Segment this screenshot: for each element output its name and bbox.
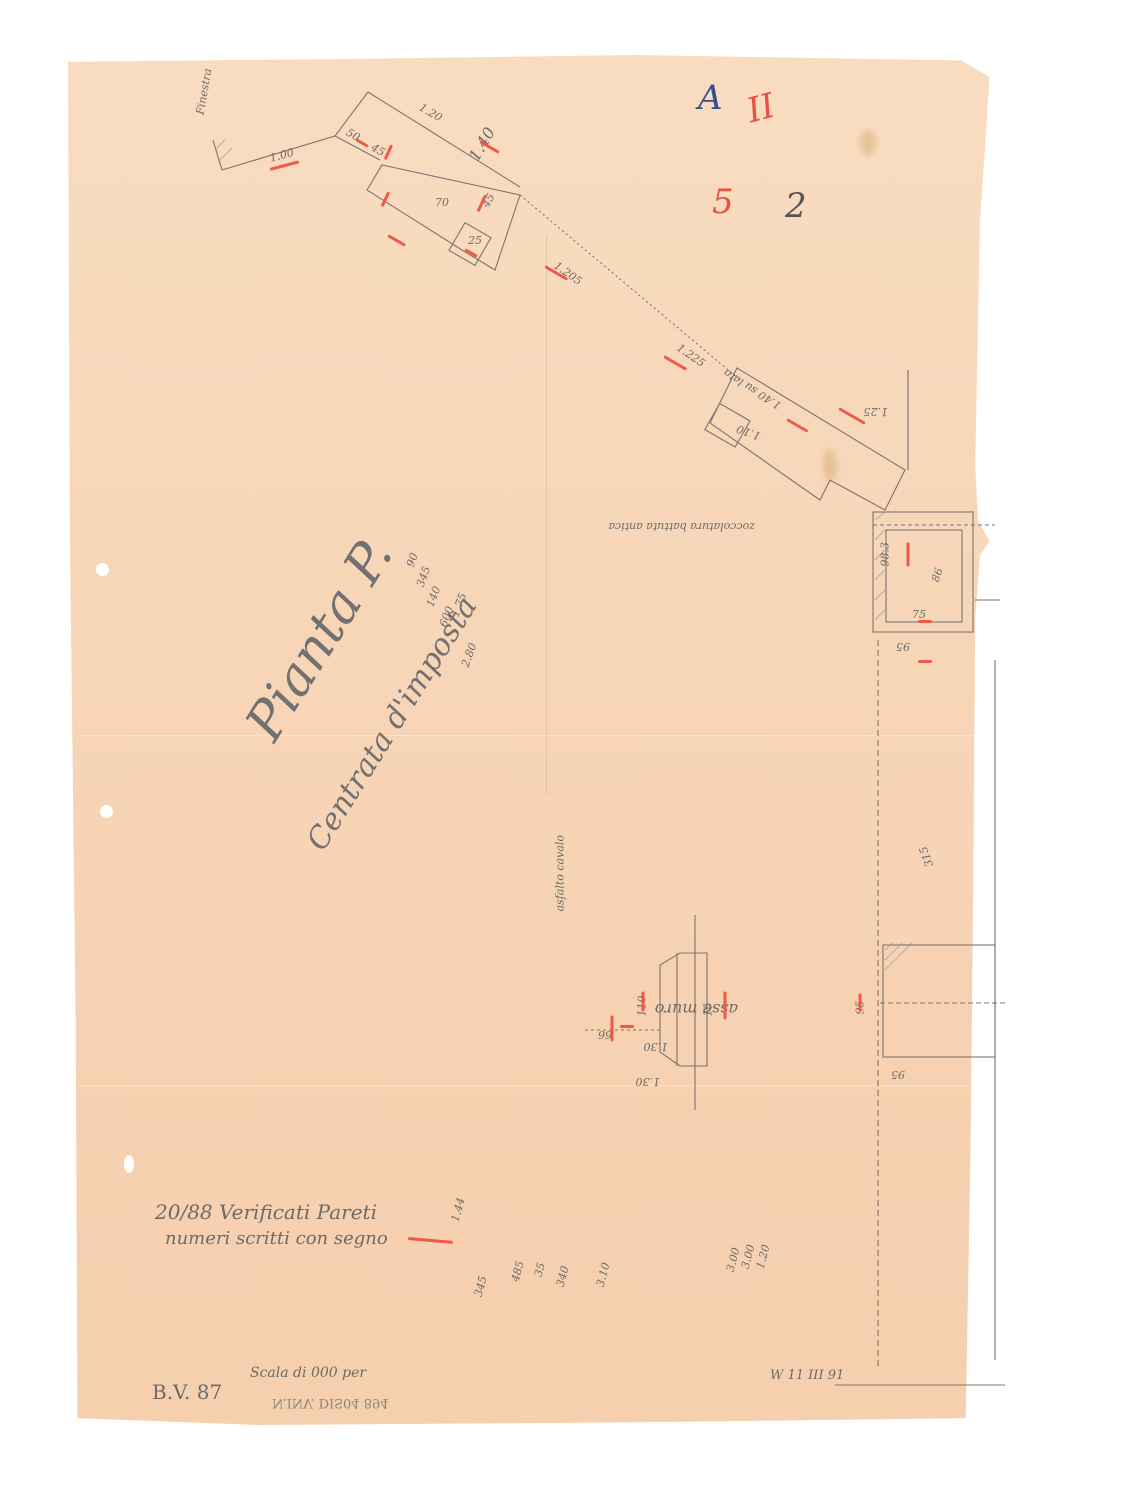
room-label: 95 — [896, 640, 910, 653]
note-line-2: numeri scritti con segno — [165, 1228, 388, 1249]
red-tick — [620, 1025, 634, 1028]
sketch-label: 25 — [468, 234, 482, 247]
red-tick — [642, 992, 645, 1012]
side-label: asfalto cavalo — [554, 835, 567, 912]
punch-hole — [124, 1155, 134, 1173]
corner-number-red: 5 — [712, 182, 734, 222]
fold-line — [78, 735, 998, 736]
corner-letter: A — [698, 78, 723, 118]
note-line-1: 20/88 Verificati Pareti — [155, 1200, 377, 1224]
sketch-label: 1.30 — [644, 1040, 669, 1053]
red-tick — [918, 660, 932, 663]
punch-hole — [96, 563, 109, 576]
scale-note: Scala di 000 per — [250, 1365, 366, 1381]
fold-line — [546, 235, 547, 795]
stain — [823, 450, 837, 480]
red-tick — [859, 994, 862, 1012]
fold-line — [78, 1085, 998, 1086]
sketch-label: 1.30 — [636, 1075, 661, 1088]
sketch-note: zoccolatura battuta antica — [608, 520, 755, 533]
inventory-stamp: N.INV. DIS04 894 — [272, 1395, 389, 1410]
sketch-label: 70 — [435, 196, 449, 209]
date-note: W 11 III 91 — [770, 1368, 844, 1383]
red-tick — [724, 992, 727, 1020]
corner-number-pencil: 2 — [785, 186, 807, 226]
red-tick — [907, 543, 910, 567]
stain — [860, 130, 876, 156]
red-tick — [611, 1016, 614, 1042]
sketch-label: 95 — [891, 1068, 905, 1081]
sketch-label: 1.25 — [864, 405, 889, 418]
room-label: 98.3 — [879, 542, 892, 567]
punch-hole — [100, 805, 113, 818]
red-tick — [918, 620, 932, 623]
archive-ref: B.V. 87 — [152, 1380, 222, 1404]
